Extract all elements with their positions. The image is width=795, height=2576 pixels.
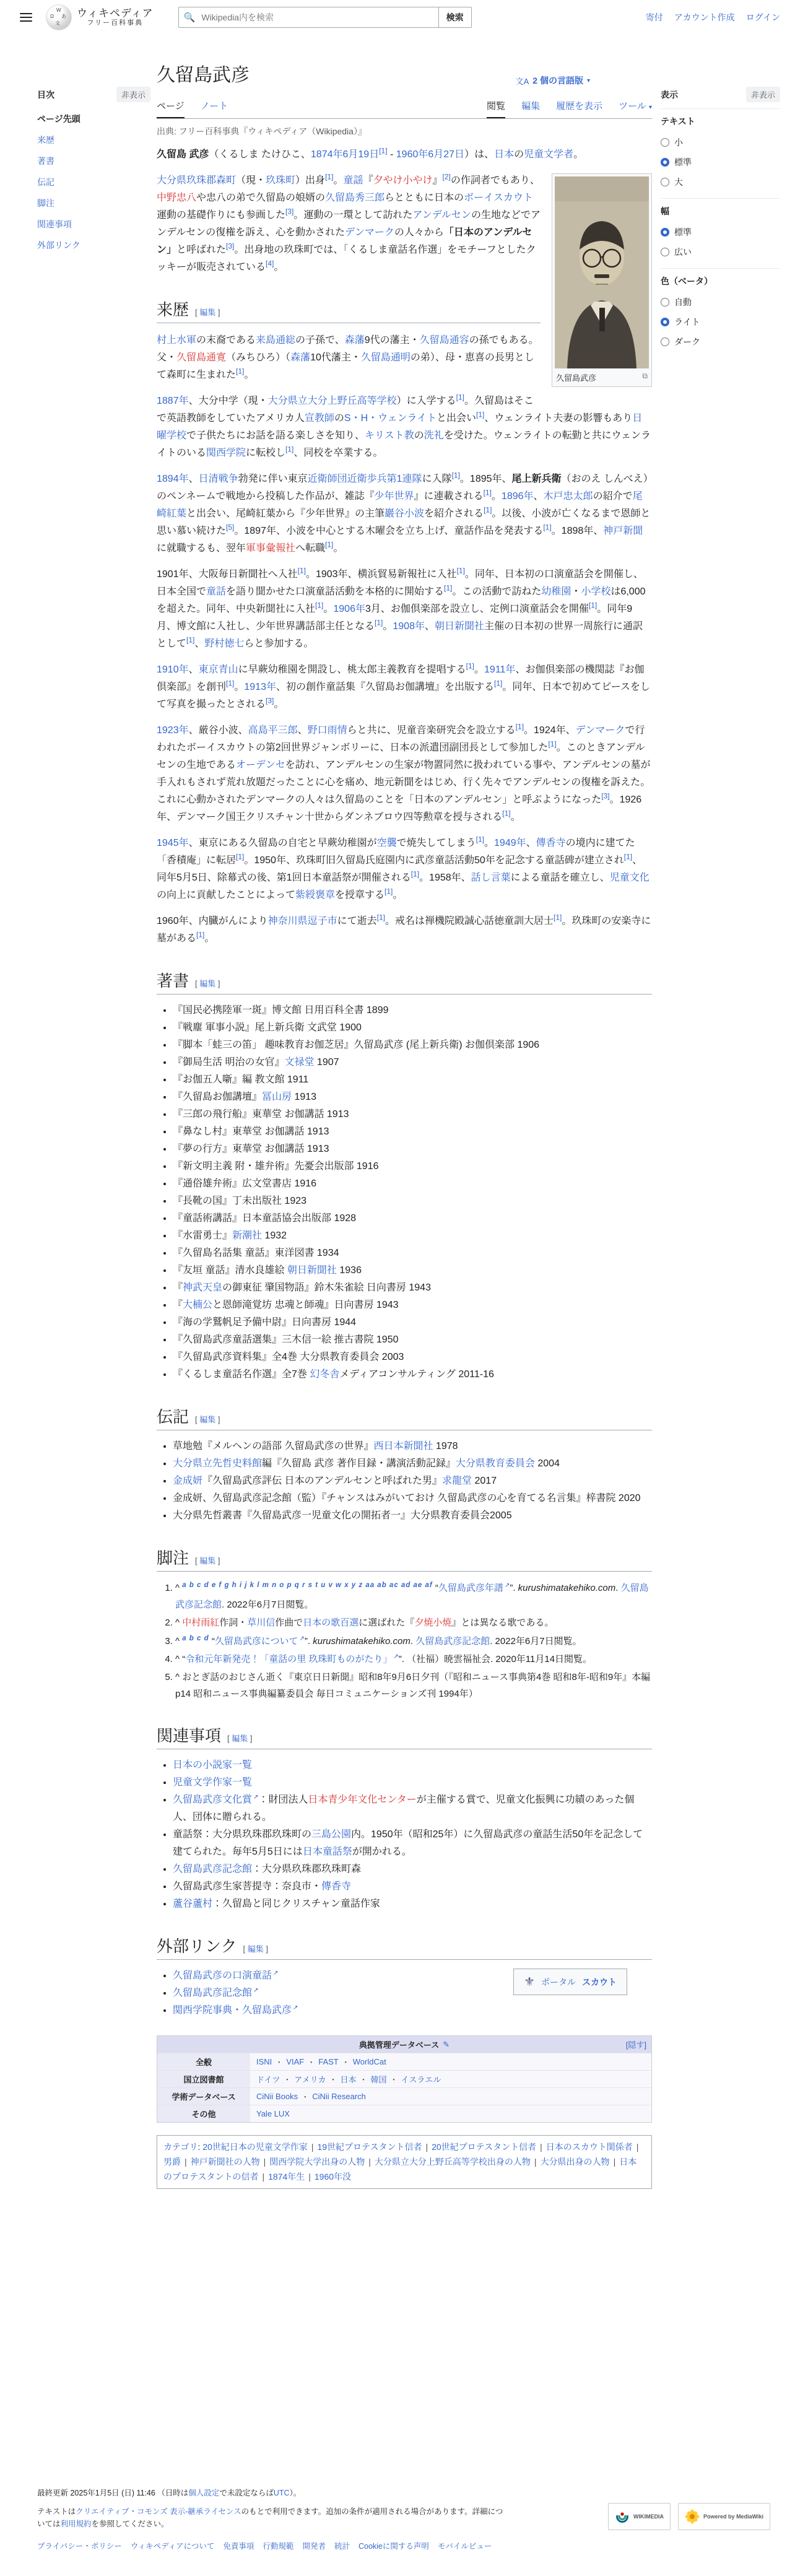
portrait-thumbnail[interactable]: 久留島武彦 ⧉ xyxy=(552,173,652,387)
wiki-link[interactable]: 1908年 xyxy=(393,621,425,632)
wiki-link[interactable]: アンデルセン xyxy=(412,210,471,220)
wiki-link[interactable]: 久留島武彦記念館 xyxy=(173,1864,252,1874)
list-item: 『脚本「蛙三の笛」 趣味教育お伽芝居』久留島武彦 (尾上新兵衛) お伽倶楽部 1… xyxy=(173,1037,652,1054)
wiki-link[interactable]: キリスト教 xyxy=(365,430,414,441)
separator: | xyxy=(425,2142,428,2152)
reference-link[interactable]: [1] xyxy=(457,567,465,575)
categories-label[interactable]: カテゴリ xyxy=(163,2142,198,2152)
toc-item-外部リンク[interactable]: 外部リンク xyxy=(37,235,150,256)
wiki-link[interactable]: 1874年6月19日 xyxy=(311,149,379,160)
reference-link[interactable]: [1] xyxy=(476,835,484,844)
list-item: 金成妍『久留島武彦評伝 日本のアンデルセンと呼ばれた男』求龍堂 2017 xyxy=(173,1473,652,1490)
list-item: 関西学院事典・久留島武彦 xyxy=(173,2002,652,2019)
reference-link[interactable]: [1] xyxy=(589,601,597,610)
wiki-link[interactable]: 1906年 xyxy=(333,604,365,614)
authority-label: その他 xyxy=(157,2105,250,2122)
wiki-link[interactable]: 1911年 xyxy=(484,664,515,675)
search-input[interactable] xyxy=(200,12,433,23)
wiki-link[interactable]: 日清戦争 xyxy=(199,474,238,484)
wiki-link[interactable]: 空襲 xyxy=(377,838,397,848)
page-title: 久留島武彦 xyxy=(157,59,250,87)
authority-link-日本[interactable]: 日本 xyxy=(340,2073,356,2085)
separator: | xyxy=(185,2157,187,2167)
list-item: 『新文明主義 附・雄弁術』先憂会出版部 1916 xyxy=(173,1158,652,1175)
search-box[interactable]: 🔍 xyxy=(178,7,438,28)
category-link[interactable]: 1874年生 xyxy=(268,2172,305,2182)
section-title: 著書 xyxy=(157,968,189,991)
wiki-link[interactable]: ボーイスカウト xyxy=(464,193,533,203)
reference-link[interactable]: [1] xyxy=(377,913,385,922)
reference-link[interactable]: [1] xyxy=(554,913,562,922)
external-link[interactable]: 久留島武彦年譜 xyxy=(438,1583,510,1593)
list-item: 草地勉『メルヘンの語部 久留島武彦の世界』西日本新聞社 1978 xyxy=(173,1438,652,1455)
wiki-link[interactable]: 近衛師団近衛歩兵第1連隊 xyxy=(308,474,422,484)
authority-label: 全般 xyxy=(157,2053,250,2070)
wiki-link[interactable]: 小学校 xyxy=(581,586,610,597)
separator: ・ xyxy=(390,2073,398,2085)
footer-link-開発者[interactable]: 開発者 xyxy=(302,2540,326,2551)
appearance-option-大[interactable]: 大 xyxy=(661,172,780,192)
menu-icon[interactable] xyxy=(15,8,37,27)
footer-link-Cookieに関する声明[interactable]: Cookieに関する声明 xyxy=(358,2540,429,2551)
appearance-option-標準[interactable]: 標準 xyxy=(661,152,780,172)
table-of-contents: 目次 非表示 ページ先頭来歴著書伝記脚注関連事項外部リンク xyxy=(0,35,157,256)
wiki-link[interactable]: 文禄堂 xyxy=(284,1057,314,1068)
authority-hide-button[interactable]: [隠す] xyxy=(626,2039,646,2050)
reference-link[interactable]: [1] xyxy=(502,809,510,818)
category-link[interactable]: 20世紀日本の児童文学作家 xyxy=(202,2142,308,2152)
mediawiki-badge[interactable]: Powered by MediaWiki xyxy=(678,2503,770,2530)
reference-link[interactable]: [1] xyxy=(548,740,556,749)
authority-link-アメリカ[interactable]: アメリカ xyxy=(294,2073,326,2085)
separator: | xyxy=(262,2172,264,2182)
wiki-link[interactable]: 巖谷小波 xyxy=(384,508,424,519)
section-heading-外部リンク: 外部リンク[ 編集 ] xyxy=(157,1934,652,1960)
red-link[interactable]: 夕やけ小やけ xyxy=(373,175,432,186)
list-item: 『久留島武彦童話選集』三木信一絵 推古書院 1950 xyxy=(173,1331,652,1349)
category-link[interactable]: 日本のスカウト関係者 xyxy=(546,2142,633,2152)
body-paragraph: 1945年、東京にある久留島の自宅と早蕨幼稚園が空襲で焼失してしまう[1]。19… xyxy=(157,835,652,904)
section-edit-wrapper: [ 編集 ] xyxy=(243,1943,267,1954)
category-link[interactable]: 大分県出身の人物 xyxy=(541,2157,610,2167)
wiki-link[interactable]: 紫綬褒章 xyxy=(295,890,335,900)
wiki-link[interactable]: 個人設定 xyxy=(188,2489,219,2497)
footnote-backlinks[interactable]: a b c d e f g h i j k l m n o p q r s t … xyxy=(182,1582,433,1589)
portal-label[interactable]: ポータル xyxy=(541,1976,576,1988)
expand-icon[interactable]: ⧉ xyxy=(642,372,648,383)
external-link[interactable]: 久留島武彦文化賞 xyxy=(173,1795,258,1805)
wiki-link[interactable]: 話し言葉 xyxy=(471,872,511,883)
toc-item-著書[interactable]: 著書 xyxy=(37,150,150,172)
portal-scout-link[interactable]: スカウト xyxy=(582,1977,617,1987)
logo-subtitle: フリー百科事典 xyxy=(77,19,154,27)
list-item: 『国民必携陸軍一斑』博文館 日用百科全書 1899 xyxy=(173,1002,652,1019)
wiki-link[interactable]: 神武天皇 xyxy=(183,1282,222,1293)
bold-text: 久留島 武彦 xyxy=(157,149,209,160)
appearance-option-label: 標準 xyxy=(674,226,692,238)
wiki-link[interactable]: 日本の小説家一覧 xyxy=(173,1760,252,1770)
wiki-link[interactable]: 利用規約 xyxy=(61,2520,92,2528)
wiki-link[interactable]: 児童文学作家一覧 xyxy=(173,1777,252,1788)
language-selector-button[interactable]: 文A 2 個の言語版 ▾ xyxy=(516,74,590,87)
toc-hide-button[interactable]: 非表示 xyxy=(116,87,150,102)
appearance-option-ライト[interactable]: ライト xyxy=(661,312,780,332)
wiki-link[interactable]: 大分県立大分上野丘高等学校 xyxy=(268,396,397,406)
category-link[interactable]: 神戸新聞社の人物 xyxy=(191,2157,260,2167)
wiki-link[interactable]: 大分県教育委員会 xyxy=(456,1458,535,1469)
license-text: テキストはクリエイティブ・コモンズ 表示-継承ライセンスのもとで利用できます。追… xyxy=(37,2505,508,2530)
reference-link[interactable]: [3] xyxy=(601,792,609,801)
toc-item-関連事項[interactable]: 関連事項 xyxy=(37,214,150,235)
footer-link-統計[interactable]: 統計 xyxy=(334,2540,350,2551)
section-heading-脚注: 脚注[ 編集 ] xyxy=(157,1546,652,1572)
wiki-link[interactable]: 大分県玖珠郡森町 xyxy=(157,175,236,186)
authority-row: その他Yale LUX xyxy=(157,2105,651,2122)
external-link[interactable]: 関西学院事典・久留島武彦 xyxy=(173,2005,298,2016)
appearance-group: 幅標準広い xyxy=(661,198,780,268)
wiki-link[interactable]: 村上水軍 xyxy=(157,335,196,346)
wiki-link[interactable]: 求龍堂 xyxy=(442,1476,472,1486)
edit-section-link[interactable]: 編集 xyxy=(199,1415,215,1424)
footer-link-ウィキペディアについて[interactable]: ウィキペディアについて xyxy=(131,2540,215,2551)
list-item: 『通俗雄弁術』広文堂書店 1916 xyxy=(173,1175,652,1193)
wiki-link[interactable]: 三島公園 xyxy=(311,1829,351,1840)
separator: ・ xyxy=(275,2056,283,2068)
wiki-link[interactable]: 少年世界 xyxy=(375,491,414,502)
wiki-link[interactable]: 東京青山 xyxy=(199,664,238,675)
category-link[interactable]: 男爵 xyxy=(163,2157,181,2167)
wiki-link[interactable]: 1945年 xyxy=(157,838,189,848)
category-link[interactable]: 20世紀プロテスタント信者 xyxy=(432,2142,536,2152)
radio-button[interactable] xyxy=(661,228,669,237)
appearance-option-label: ライト xyxy=(674,316,700,328)
authority-link-ISNI[interactable]: ISNI xyxy=(256,2057,272,2066)
section-title: 脚注 xyxy=(157,1546,189,1569)
tab-ノート[interactable]: ノート xyxy=(201,95,228,118)
external-link[interactable]: 久留島武彦について xyxy=(215,1636,305,1647)
wiki-link[interactable]: 久留島秀三郎 xyxy=(325,193,384,203)
list-item: 『長靴の国』丁未出版社 1923 xyxy=(173,1193,652,1210)
reference-link[interactable]: [1] xyxy=(196,931,204,939)
list-item: 『戦塵 軍事小説』尾上新兵衛 文武堂 1900 xyxy=(173,1019,652,1037)
reference-link[interactable]: [1] xyxy=(236,853,244,861)
wiki-link[interactable]: 1896年 xyxy=(502,491,534,502)
wiki-link[interactable]: 児童文化 xyxy=(610,872,649,883)
footnote-backlinks[interactable]: a b c d xyxy=(182,1635,209,1642)
reference-link[interactable]: [1] xyxy=(379,147,387,155)
authority-link-イスラエル[interactable]: イスラエル xyxy=(401,2073,441,2085)
reference-link[interactable]: [1] xyxy=(325,173,333,181)
wiki-link[interactable]: 1960年6月27日 xyxy=(396,149,464,160)
wiki-link[interactable]: 野村徳七 xyxy=(204,638,244,649)
tab-閲覧[interactable]: 閲覧 xyxy=(487,95,505,118)
list-item: ^ “令和元年新発売！「童話の里 玖珠町ものがたり」”. （社福）暁雲福祉会. … xyxy=(175,1651,652,1668)
reference-link[interactable]: [1] xyxy=(315,601,323,610)
radio-button[interactable] xyxy=(661,138,669,147)
body-paragraph: 1901年、大阪毎日新聞社へ入社[1]。1903年、横浜貿易新報社に入社[1]。… xyxy=(157,566,652,653)
wiki-link[interactable]: 神戸新聞 xyxy=(603,526,643,536)
wiki-link[interactable]: 久留島通明 xyxy=(361,352,411,363)
appearance-group-label: 色（ベータ） xyxy=(661,275,780,287)
lead-paragraph: 久留島 武彦（くるしま たけひこ、1874年6月19日[1] - 1960年6月… xyxy=(157,146,652,163)
reference-link[interactable]: [1] xyxy=(411,870,419,879)
list-item: 『久留島お伽講壇』冨山房 1913 xyxy=(173,1089,652,1106)
reference-link[interactable]: [1] xyxy=(285,445,293,454)
edit-section-link[interactable]: 編集 xyxy=(248,1944,264,1954)
wiki-link[interactable]: 森藩 xyxy=(290,352,310,363)
wiki-link[interactable]: 冨山房 xyxy=(262,1092,292,1102)
wiki-link[interactable]: 幻冬舎 xyxy=(310,1369,339,1380)
reference-link[interactable]: [1] xyxy=(516,723,524,731)
toc-item-ページ先頭[interactable]: ページ先頭 xyxy=(37,108,150,129)
wiki-link[interactable]: UTC xyxy=(274,2489,290,2497)
list-item: 『水雷勇士』新潮社 1932 xyxy=(173,1227,652,1245)
list-item: ^ a b c d e f g h i j k l m n o p q r s … xyxy=(175,1579,652,1613)
search-button[interactable]: 検索 xyxy=(438,7,472,28)
portal-box[interactable]: ⚜ポータルスカウト xyxy=(513,1969,627,1995)
edit-section-link[interactable]: 編集 xyxy=(199,308,215,317)
reference-link[interactable]: [5] xyxy=(226,523,234,532)
appearance-option-標準[interactable]: 標準 xyxy=(661,222,780,242)
wiki-link[interactable]: 関西学院 xyxy=(206,448,246,458)
list-item: 児童文学作家一覧 xyxy=(173,1774,652,1791)
category-link[interactable]: 1960年没 xyxy=(315,2172,351,2182)
section-list: 日本の小説家一覧児童文学作家一覧久留島武彦文化賞：財団法人日本青少年文化センター… xyxy=(157,1757,652,1913)
wiki-link[interactable]: 草川信 xyxy=(247,1617,275,1628)
wikipedia-logo[interactable]: WΩあ文 ウィキペディア フリー百科事典 xyxy=(46,4,154,30)
login-link[interactable]: ログイン xyxy=(746,11,780,24)
wiki-link[interactable]: 来島通総 xyxy=(256,335,295,346)
wiki-link[interactable]: 玖珠町 xyxy=(266,175,295,186)
donate-link[interactable]: 寄付 xyxy=(646,11,663,24)
radio-button[interactable] xyxy=(661,298,669,307)
radio-button[interactable] xyxy=(661,318,669,326)
list-item: 日本の小説家一覧 xyxy=(173,1757,652,1774)
wiki-link[interactable]: オーデンセ xyxy=(236,760,285,770)
reference-link[interactable]: [1] xyxy=(456,393,464,402)
list-item: 大分県先哲叢書『久留島武彦一児童文化の開拓者一』大分県教育委員会2005 xyxy=(173,1507,652,1525)
edit-section-link[interactable]: 編集 xyxy=(199,1556,215,1565)
footer-link-行動規範[interactable]: 行動規範 xyxy=(263,2540,293,2551)
red-link[interactable]: 中野忠八 xyxy=(157,193,196,203)
red-link[interactable]: 久留島通寛 xyxy=(176,352,226,363)
wiki-link[interactable]: 1923年 xyxy=(157,725,189,736)
wiki-link[interactable]: 日本童話祭 xyxy=(303,1847,352,1857)
footer-link-モバイルビュー[interactable]: モバイルビュー xyxy=(438,2540,492,2551)
external-link[interactable]: 令和元年新発売！「童話の里 玖珠町ものがたり」 xyxy=(185,1654,399,1664)
wikimedia-logo-icon xyxy=(615,2509,630,2524)
list-item: 久留島武彦生家菩提寺：奈良市・傳香寺 xyxy=(173,1878,652,1895)
external-link[interactable]: 久留島武彦の口演童話 xyxy=(173,1970,278,1981)
reference-link[interactable]: [1] xyxy=(484,506,492,515)
wiki-link[interactable]: 木戸忠太郎 xyxy=(544,491,593,502)
radio-button[interactable] xyxy=(661,248,669,256)
section-heading-著書: 著書[ 編集 ] xyxy=(157,968,652,994)
tab-ページ[interactable]: ページ xyxy=(157,95,185,118)
list-item: 『童話術講話』日本童話協会出版部 1928 xyxy=(173,1210,652,1227)
wiki-link[interactable]: 1913年 xyxy=(244,682,276,692)
create-account-link[interactable]: アカウント作成 xyxy=(674,11,735,24)
list-item: 童話祭：大分県玖珠郡玖珠町の三島公園内。1950年（昭和25年）に久留島武彦の童… xyxy=(173,1826,652,1861)
category-link[interactable]: 19世紀プロテスタント信者 xyxy=(317,2142,422,2152)
wiki-link[interactable]: 児童文学者 xyxy=(524,149,573,160)
logo-title: ウィキペディア xyxy=(77,7,154,20)
toc-item-来歴[interactable]: 来歴 xyxy=(37,129,150,150)
wiki-link[interactable]: 大分県立先哲史料館 xyxy=(173,1458,262,1469)
section-title: 関連事項 xyxy=(157,1723,221,1746)
wiki-link[interactable]: 童話 xyxy=(206,586,226,597)
authority-link-CiNii Books[interactable]: CiNii Books xyxy=(256,2092,298,2101)
reference-link[interactable]: [1] xyxy=(226,679,234,688)
reference-link[interactable]: [1] xyxy=(543,523,551,532)
separator: ・ xyxy=(301,2091,309,2102)
red-link[interactable]: 軍事彙報社 xyxy=(246,543,295,554)
radio-button[interactable] xyxy=(661,158,669,167)
list-item: 久留島武彦記念館：大分県玖珠郡玖珠町森 xyxy=(173,1861,652,1878)
wiki-link[interactable]: 傳香寺 xyxy=(536,838,566,848)
footer-link-免責事項[interactable]: 免責事項 xyxy=(223,2540,254,2551)
authority-link-VIAF[interactable]: VIAF xyxy=(286,2057,304,2066)
section-title: 伝記 xyxy=(157,1404,189,1427)
reference-link[interactable]: [1] xyxy=(298,567,306,575)
appearance-option-label: 広い xyxy=(674,246,692,258)
reference-link[interactable]: [1] xyxy=(384,887,393,896)
authority-link-WorldCat[interactable]: WorldCat xyxy=(353,2057,386,2066)
wiki-link[interactable]: デンマーク xyxy=(576,725,625,736)
wiki-link[interactable]: 西日本新聞社 xyxy=(373,1441,433,1451)
wiki-link[interactable]: 金成妍 xyxy=(173,1476,202,1486)
wiki-link[interactable]: 1949年 xyxy=(494,838,526,848)
appearance-panel: 表示 非表示 テキスト小標準大幅標準広い色（ベータ）自動ライトダーク xyxy=(652,35,795,358)
reference-link[interactable]: [1] xyxy=(494,679,502,688)
reference-link[interactable]: [3] xyxy=(266,697,274,705)
reference-link[interactable]: [1] xyxy=(484,489,492,497)
wiki-link[interactable]: 神奈川県逗子市 xyxy=(268,916,337,926)
edit-section-link[interactable]: 編集 xyxy=(199,979,215,988)
authority-row: 全般ISNI・VIAF・FAST・WorldCat xyxy=(157,2053,651,2070)
reference-link[interactable]: [3] xyxy=(226,242,234,251)
wiki-link[interactable]: 野口雨情 xyxy=(308,725,347,736)
wikidata-edit-icon[interactable]: ✎ xyxy=(443,2040,450,2050)
article-main: 久留島武彦 文A 2 個の言語版 ▾ ページノート 閲覧編集履歴を表示ツール ▾… xyxy=(157,35,652,2189)
reference-link[interactable]: [1] xyxy=(466,662,474,671)
red-link[interactable]: 中村雨紅 xyxy=(182,1617,219,1628)
tab-履歴を表示[interactable]: 履歴を表示 xyxy=(556,95,602,118)
wikimedia-badge[interactable]: WIKIMEDIA xyxy=(608,2503,671,2530)
authority-link-FAST[interactable]: FAST xyxy=(318,2057,339,2066)
reference-link[interactable]: [2] xyxy=(442,173,450,181)
spacer xyxy=(0,2189,795,2471)
toc-item-脚注[interactable]: 脚注 xyxy=(37,193,150,214)
wiki-link[interactable]: 日本の歌百選 xyxy=(303,1617,358,1628)
section-edit-wrapper: [ 編集 ] xyxy=(195,306,220,318)
wiki-link[interactable]: S・H・ウェンライト xyxy=(344,413,437,424)
appearance-option-ダーク[interactable]: ダーク xyxy=(661,332,780,352)
radio-button[interactable] xyxy=(661,178,669,186)
wiki-link[interactable]: 1894年 xyxy=(157,474,189,484)
list-item: 『夢の行方』東華堂 お伽講話 1913 xyxy=(173,1141,652,1158)
appearance-option-自動[interactable]: 自動 xyxy=(661,292,780,312)
authority-link-ドイツ[interactable]: ドイツ xyxy=(256,2073,280,2085)
reference-link[interactable]: [1] xyxy=(476,411,484,419)
external-link[interactable]: 久留島武彦記念館 xyxy=(173,1988,258,1998)
tools-menu[interactable]: ツール ▾ xyxy=(619,95,652,118)
reference-link[interactable]: [1] xyxy=(186,636,194,645)
authority-values: ドイツ・アメリカ・日本・韓国・イスラエル xyxy=(250,2071,651,2087)
top-header: WΩあ文 ウィキペディア フリー百科事典 🔍 検索 寄付 アカウント作成 ログイ… xyxy=(0,0,795,35)
list-item: 『久留島名話集 童話』東洋図書 1934 xyxy=(173,1245,652,1262)
appearance-option-小[interactable]: 小 xyxy=(661,133,780,152)
wiki-link[interactable]: 久留島武彦記念館 xyxy=(415,1636,490,1647)
section-edit-wrapper: [ 編集 ] xyxy=(195,977,220,989)
footer-link-プライバシー・ポリシー[interactable]: プライバシー・ポリシー xyxy=(37,2540,122,2551)
reference-link[interactable]: [1] xyxy=(236,367,244,376)
authority-link-CiNii Research[interactable]: CiNii Research xyxy=(312,2092,366,2101)
body-paragraph: 1887年、大分中学（現・大分県立大分上野丘高等学校）に入学する[1]。久留島は… xyxy=(157,393,652,462)
section-heading-関連事項: 関連事項[ 編集 ] xyxy=(157,1723,652,1749)
wiki-link[interactable]: デンマーク xyxy=(345,227,394,238)
authority-link-Yale LUX[interactable]: Yale LUX xyxy=(256,2109,290,2118)
wiki-link[interactable]: 宣教師 xyxy=(305,413,334,424)
section-title: 外部リンク xyxy=(157,1934,237,1957)
edit-section-link[interactable]: 編集 xyxy=(232,1734,248,1743)
reference-link[interactable]: [1] xyxy=(452,471,460,480)
separator: | xyxy=(368,2157,371,2167)
separator: ・ xyxy=(342,2056,350,2068)
category-link[interactable]: 関西学院大学出身の人物 xyxy=(269,2157,365,2167)
wiki-link[interactable]: 童謡 xyxy=(343,175,363,186)
appearance-option-label: 標準 xyxy=(674,156,692,168)
wiki-link[interactable]: 洗礼 xyxy=(424,430,444,441)
wiki-link[interactable]: 朝日新聞社 xyxy=(287,1265,337,1276)
wiki-link[interactable]: 朝日新聞社 xyxy=(435,621,484,632)
wiki-link[interactable]: クリエイティブ・コモンズ 表示-継承ライセンス xyxy=(76,2507,241,2516)
reference-link[interactable]: [3] xyxy=(285,207,293,216)
wiki-link[interactable]: 日本 xyxy=(494,149,514,160)
radio-button[interactable] xyxy=(661,337,669,346)
wiki-link[interactable]: 1910年 xyxy=(157,664,189,675)
toc-title: 目次 xyxy=(37,89,54,101)
wiki-link[interactable]: 高島平三郎 xyxy=(248,725,298,736)
wiki-link[interactable]: 大楠公 xyxy=(183,1300,212,1310)
wiki-link[interactable]: 傳香寺 xyxy=(321,1881,351,1892)
appearance-option-広い[interactable]: 広い xyxy=(661,242,780,262)
appearance-hide-button[interactable]: 非表示 xyxy=(746,87,780,102)
red-link[interactable]: 日本青少年文化センター xyxy=(308,1795,416,1805)
category-link[interactable]: 大分県立大分上野丘高等学校出身の人物 xyxy=(375,2157,531,2167)
authority-link-韓国[interactable]: 韓国 xyxy=(371,2073,387,2085)
reference-link[interactable]: [1] xyxy=(375,619,383,627)
red-link[interactable]: 夕焼小焼 xyxy=(414,1617,451,1628)
list-item: 大分県立先哲史料館編『久留島 武彦 著作目録・講演活動記録』大分県教育委員会 2… xyxy=(173,1455,652,1473)
wiki-link[interactable]: 蘆谷蘆村 xyxy=(173,1899,212,1909)
reference-link[interactable]: [1] xyxy=(444,584,452,593)
wiki-link[interactable]: 森藩 xyxy=(345,335,365,346)
wiki-link[interactable]: 新潮社 xyxy=(232,1230,262,1241)
separator: | xyxy=(636,2142,639,2152)
list-item: 『神武天皇の御東征 肇国物語』鈴木朱雀絵 日向書房 1943 xyxy=(173,1279,652,1297)
tab-編集[interactable]: 編集 xyxy=(521,95,540,118)
wiki-link[interactable]: 幼稚園 xyxy=(541,586,571,597)
reference-link[interactable]: [1] xyxy=(624,853,632,861)
list-item: 『大楠公と恩師滝覚坊 忠魂と師魂』日向書房 1943 xyxy=(173,1297,652,1314)
section-edit-wrapper: [ 編集 ] xyxy=(195,1554,220,1566)
reference-link[interactable]: [1] xyxy=(325,541,333,549)
wiki-link[interactable]: 久留島通容 xyxy=(420,335,469,346)
wiki-link[interactable]: 1887年 xyxy=(157,396,189,406)
toc-item-伝記[interactable]: 伝記 xyxy=(37,172,150,193)
reference-link[interactable]: [4] xyxy=(266,259,274,268)
